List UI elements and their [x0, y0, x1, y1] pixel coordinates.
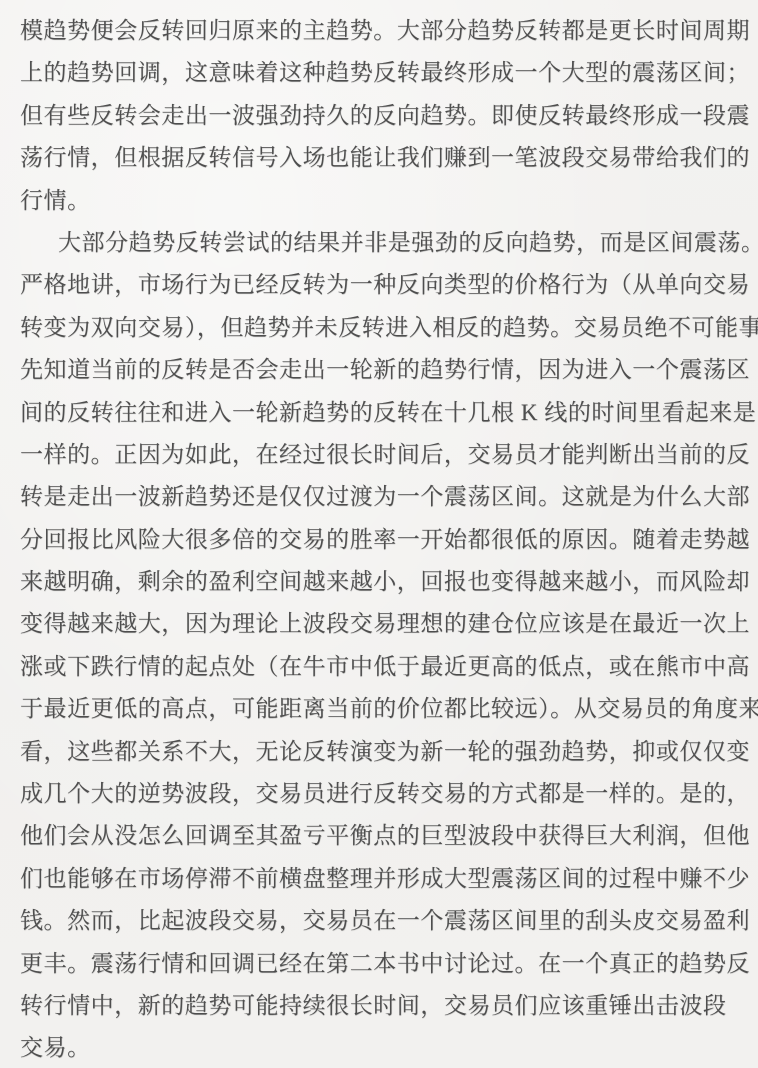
text-line: 大部分趋势反转尝试的结果并非是强劲的反向趋势，而是区间震荡。 — [20, 222, 748, 264]
text-line: 涨或下跌行情的起点处（在牛市中低于最近更高的低点，或在熊市中高 — [20, 646, 748, 688]
text-line: 间的反转往往和进入一轮新趋势的反转在十几根 K 线的时间里看起来是 — [20, 392, 748, 434]
text-line: 行情。 — [20, 180, 748, 222]
text-line: 变得越来越大，因为理论上波段交易理想的建仓位应该是在最近一次上 — [20, 603, 748, 645]
text-line: 严格地讲，市场行为已经反转为一种反向类型的价格行为（从单向交易 — [20, 264, 748, 306]
text-line: 转变为双向交易），但趋势并未反转进入相反的趋势。交易员绝不可能事 — [20, 307, 748, 349]
text-line: 于最近更低的高点，可能距离当前的价位都比较远）。从交易员的角度来 — [20, 688, 748, 730]
text-line: 钱。然而，比起波段交易，交易员在一个震荡区间里的刮头皮交易盈利 — [20, 900, 748, 942]
text-line: 看，这些都关系不大，无论反转演变为新一轮的强劲趋势，抑或仅仅变 — [20, 731, 748, 773]
text-line: 上的趋势回调，这意味着这种趋势反转最终形成一个大型的震荡区间； — [20, 52, 748, 94]
text-line: 成几个大的逆势波段，交易员进行反转交易的方式都是一样的。是的， — [20, 773, 748, 815]
text-line: 但有些反转会走出一波强劲持久的反向趋势。即使反转最终形成一段震 — [20, 95, 748, 137]
paragraph: 模趋势便会反转回归原来的主趋势。大部分趋势反转都是更长时间周期 上的趋势回调，这… — [20, 10, 748, 222]
text-line: 更丰。震荡行情和回调已经在第二本书中讨论过。在一个真正的趋势反 — [20, 943, 748, 985]
text-line: 交易。 — [20, 1027, 748, 1068]
text-line: 分回报比风险大很多倍的交易的胜率一开始都很低的原因。随着走势越 — [20, 519, 748, 561]
text-line: 转行情中，新的趋势可能持续很长时间，交易员们应该重锤出击波段 — [20, 985, 748, 1027]
text-line: 们也能够在市场停滞不前横盘整理并形成大型震荡区间的过程中赚不少 — [20, 858, 748, 900]
text-line: 他们会从没怎么回调至其盈亏平衡点的巨型波段中获得巨大利润，但他 — [20, 815, 748, 857]
text-line: 模趋势便会反转回归原来的主趋势。大部分趋势反转都是更长时间周期 — [20, 10, 748, 52]
paragraph: 大部分趋势反转尝试的结果并非是强劲的反向趋势，而是区间震荡。 严格地讲，市场行为… — [20, 222, 748, 1068]
text-line: 一样的。正因为如此，在经过很长时间后，交易员才能判断出当前的反 — [20, 434, 748, 476]
text-line: 来越明确，剩余的盈利空间越来越小，回报也变得越来越小，而风险却 — [20, 561, 748, 603]
text-line: 先知道当前的反转是否会走出一轮新的趋势行情，因为进入一个震荡区 — [20, 349, 748, 391]
book-page: 模趋势便会反转回归原来的主趋势。大部分趋势反转都是更长时间周期 上的趋势回调，这… — [0, 0, 758, 1068]
text-line: 转是走出一波新趋势还是仅仅过渡为一个震荡区间。这就是为什么大部 — [20, 476, 748, 518]
text-line: 荡行情，但根据反转信号入场也能让我们赚到一笔波段交易带给我们的 — [20, 137, 748, 179]
